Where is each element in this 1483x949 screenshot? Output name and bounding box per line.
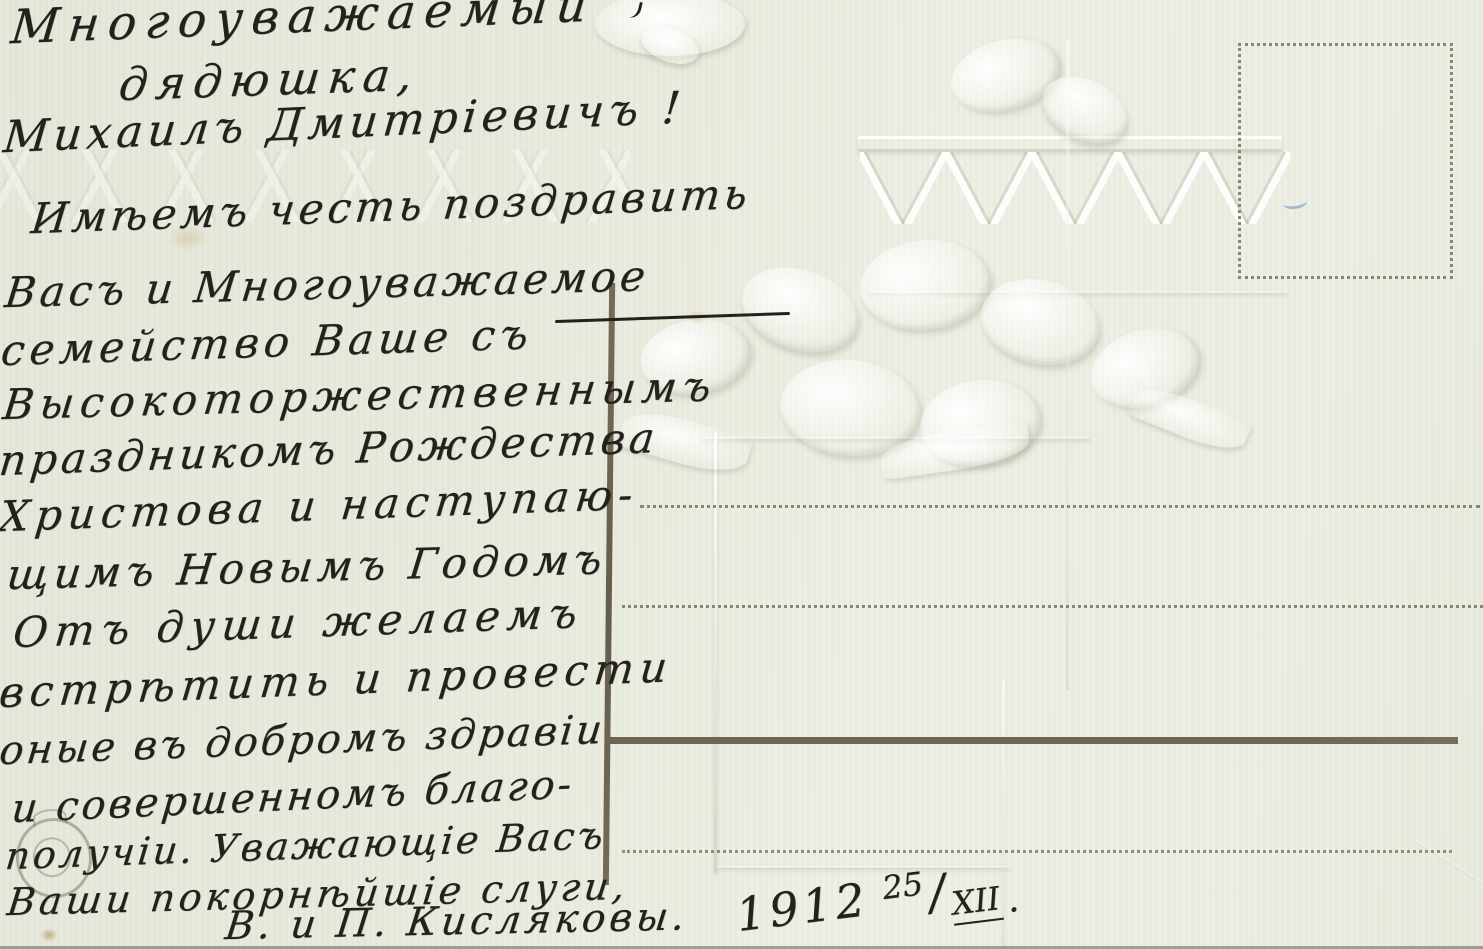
handwritten-line: Отъ души желаемъ (11, 588, 587, 657)
address-dotted-line-2 (622, 605, 1483, 608)
embossed-border-band (858, 136, 1282, 152)
date-slash: / (926, 864, 949, 922)
date-day: 25 (880, 864, 925, 907)
paper-crease (1066, 40, 1069, 690)
date-month: XII (950, 879, 1005, 926)
handwritten-signature: В. и П. Кисляковы. (223, 894, 691, 949)
handwritten-line: Васъ и Многоуважаемое (2, 251, 651, 317)
embossed-flower-petal (856, 233, 995, 336)
ink-stroke-fragment (620, 0, 643, 20)
embossed-flower-petal (1081, 315, 1209, 421)
embossed-leaf (1127, 379, 1252, 459)
pen-flourish (555, 312, 790, 323)
embossed-flower-petal (777, 355, 923, 461)
embossed-flower-petal (943, 27, 1067, 123)
embossed-blossom-top (595, 0, 745, 56)
embossed-line (700, 437, 1090, 440)
embossed-line-vertical (714, 432, 717, 874)
handwritten-date: 1912 25 / XII . (733, 853, 1021, 949)
embossed-flower-petal (973, 268, 1108, 375)
stain (40, 928, 58, 942)
address-dotted-line-1 (640, 505, 1480, 508)
postcard-back: Многоуважаемый дядюшка, Михаилъ Дмитріев… (0, 0, 1483, 949)
embossed-blossom-top (636, 19, 704, 71)
date-period: . (1005, 879, 1021, 921)
address-divider-horizontal-rule (608, 737, 1458, 744)
address-dotted-line-3 (622, 850, 1452, 853)
handwritten-line: Имѣемъ честь поздравить (29, 169, 754, 243)
embossed-zigzag-right (860, 152, 1290, 224)
stamp-box (1238, 43, 1453, 279)
embossed-flower-petal (1032, 64, 1139, 156)
embossed-flower-petal (731, 253, 870, 366)
embossed-line (868, 291, 1288, 294)
embossed-flower-petal (915, 372, 1046, 474)
handwritten-line: семейство Ваше съ (0, 309, 536, 375)
handwritten-line: Многоуважаемый (8, 0, 598, 55)
date-year: 1912 (733, 872, 872, 942)
embossed-leaf (878, 420, 1032, 480)
